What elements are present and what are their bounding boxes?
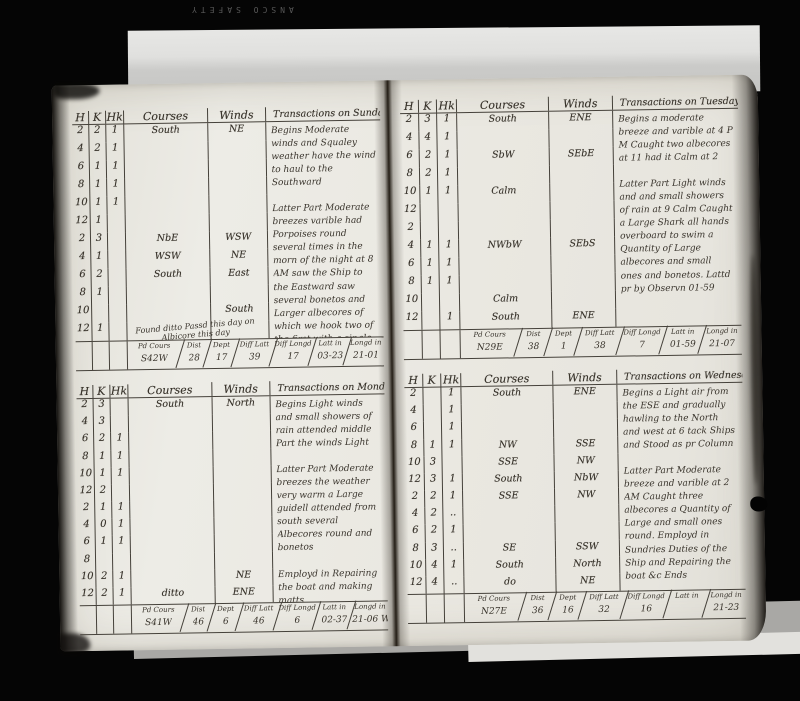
course-cell [132,569,215,587]
col-header-halfknots: Hk [106,110,125,123]
knots-cell: 2 [425,525,444,542]
logbook-spread: H K Hk Courses Winds Transactions on Sun… [52,74,767,651]
knots-cell: 4 [426,559,445,576]
col-header-winds: Winds [212,381,271,396]
course-cell [126,213,209,232]
hour-cell: 8 [75,287,92,305]
halfknots-cell [109,304,128,322]
halfknots-cell: 1 [107,178,126,196]
hour-cell: 6 [402,258,421,276]
col-header-courses: Courses [129,382,212,397]
halfknots-cell: .. [444,542,465,559]
wind-cell [551,255,615,274]
course-cell: ditto [132,586,215,604]
remark-paragraph: Latter Part Moderate breezes the weather… [276,463,382,556]
halfknots-cell: 1 [107,196,126,214]
knots-cell: 2 [89,125,106,143]
right-page: H K Hk Courses Winds Transactions on Tue… [400,83,747,636]
halfknots-cell: 1 [106,142,125,160]
course-cell: Calm [460,292,552,311]
col-header-hours: H [400,100,419,113]
wind-cell [552,291,616,310]
halfknots-cell: 1 [113,570,132,587]
summary-difflongd: Diff Longd6 [278,602,317,631]
wind-cell: NE [215,568,274,586]
knots-cell: 1 [96,536,113,553]
edge-notch [750,496,767,511]
col-header-knots: K [93,385,110,398]
hour-cell: 6 [401,150,420,168]
wind-cell [554,419,618,437]
col-header-courses: Courses [462,371,553,387]
course-cell [127,303,210,322]
hour-cell: 10 [403,294,422,312]
course-cell [458,130,550,149]
knots-cell: 3 [93,399,110,416]
course-cell: South [125,123,208,142]
remark-paragraph: Latter Part Moderate breezes varible had… [272,202,379,338]
knots-cell: 2 [91,269,108,287]
halfknots-cell: 1 [442,387,463,404]
knots-cell [96,553,113,570]
wind-cell: ENE [552,309,616,328]
hour-cell: 8 [401,168,420,186]
hour-cell: 8 [407,542,426,559]
wind-cell: ENE [215,585,274,603]
col-header-hours: H [404,374,423,387]
wind-cell: NE [208,122,267,141]
course-cell: SE [464,540,556,559]
course-cell [464,523,556,542]
halfknots-cell: 1 [113,587,132,604]
knots-cell: 2 [425,491,444,508]
wind-cell [208,158,267,177]
halfknots-cell [443,456,464,473]
wind-cell: NE [556,574,620,592]
course-cell [459,202,551,221]
hour-cell: 2 [404,388,423,405]
knots-cell: 1 [91,251,108,269]
course-cell: SbW [458,148,550,167]
knots-cell [421,294,440,312]
halfknots-cell: 1 [439,239,460,257]
knots-cell: 1 [424,439,443,456]
day-summary: Pd CoursS41W Dist46 Dept6 Diff Latt46 Di… [80,600,388,635]
halfknots-cell: 1 [113,536,132,553]
log-table-sunday: H K Hk Courses Winds Transactions on Sun… [72,94,384,371]
halfknots-cell: 1 [440,275,461,293]
wind-cell [214,551,273,569]
wind-cell: ENE [553,385,617,403]
halfknots-cell: 1 [111,433,130,450]
knots-cell: 3 [425,542,444,559]
summary-spacer [445,594,466,622]
course-cell: Calm [459,184,551,203]
knots-cell: 2 [425,508,444,525]
wind-cell [553,402,617,420]
hour-cell: 2 [400,114,419,132]
log-table-monday: H K Hk Courses Winds Transactions on Mon… [76,372,388,635]
wind-cell [550,183,614,202]
hour-cell: 12 [402,204,421,222]
halfknots-cell: 1 [437,113,458,131]
wind-cell: SEbE [549,147,613,166]
knots-cell: 2 [96,570,113,587]
halfknots-cell [112,484,131,501]
col-header-halfknots: Hk [437,99,457,113]
summary-spacer [80,606,97,634]
hour-cell: 4 [77,416,94,433]
table-title: Transactions on Monday th 18 February 17… [270,381,384,395]
halfknots-cell: .. [445,576,466,593]
remarks-text: Begins Light winds and small showers of … [275,397,383,602]
wind-cell: SSW [555,539,619,557]
hour-cell: 8 [403,276,422,294]
course-cell [462,420,554,439]
remark-paragraph: Begins Light winds and small showers of … [275,397,381,451]
knots-cell: 3 [91,233,108,251]
left-page: H K Hk Courses Winds Transactions on Sun… [72,94,389,647]
course-cell [131,534,214,552]
log-table-tuesday: H K Hk Courses Winds Transactions on Tue… [400,83,742,360]
summary-longdin: Longd in21-01 [348,337,384,366]
halfknots-cell [108,232,127,250]
halfknots-cell: 1 [438,149,459,167]
knots-cell: 1 [90,161,107,179]
knots-cell [420,204,439,222]
hour-cell: 10 [75,305,92,323]
hour-cell: 2 [74,233,91,251]
col-header-knots: K [89,111,106,124]
knots-cell: 2 [94,433,111,450]
wind-cell: North [556,556,620,574]
wind-cell: SEbS [551,237,615,256]
halfknots-cell: 1 [440,311,461,329]
knots-cell: 1 [421,258,440,276]
knots-cell [423,405,442,422]
course-cell [460,274,552,293]
summary-difflatt: Diff Latt38 [579,328,622,357]
summary-lattin: Latt in01-59 [663,326,703,355]
col-header-knots: K [423,373,442,386]
halfknots-cell: 1 [440,257,461,275]
wind-cell [551,273,615,292]
summary-difflatt: Diff Latt32 [583,592,626,621]
col-header-knots: K [418,99,437,112]
wind-cell [210,284,269,303]
wind-cell [214,516,273,534]
course-cell [126,195,209,214]
summary-spacer [408,595,427,623]
knots-cell [423,387,442,404]
summary-difflongd: Diff Longd16 [625,591,668,620]
course-cell: do [465,575,557,594]
hour-cell: 4 [402,240,421,258]
course-cell [125,159,208,178]
wind-cell [213,431,272,449]
col-header-courses: Courses [124,108,207,123]
wind-cell [209,212,268,231]
knots-cell [92,305,109,323]
table-title: Transactions on Sunday th 17 February [266,107,380,121]
knots-cell: 2 [95,485,112,502]
hour-cell: 8 [405,439,424,456]
remark-paragraph: Latter Part Light winds and and small sh… [619,177,736,296]
summary-spacer [426,594,445,622]
course-cell: South [458,112,550,131]
halfknots-cell: 1 [112,519,131,536]
course-cell: SSE [463,489,555,508]
halfknots-cell: 1 [438,185,459,203]
day-summary: Pd CoursN27E Dist36 Dept16 Diff Latt32 D… [408,589,746,624]
wind-cell [209,194,268,213]
halfknots-cell [111,416,130,433]
hour-cell: 6 [77,433,94,450]
wind-cell [555,505,619,523]
wind-cell: North [212,396,271,414]
wind-cell: NbW [554,471,618,489]
log-table-wednesday: H K Hk Courses Winds Transactions on Wed… [404,361,746,624]
summary-spacer [114,605,133,633]
knots-cell: 2 [89,143,106,161]
wind-cell [208,140,267,159]
table-title: Transactions on Wednesday th 20 Febr 179… [617,369,742,383]
hour-cell: 2 [78,502,95,519]
course-cell [125,177,208,196]
course-cell [131,552,214,570]
summary-longdin: Longd in21-07 [702,326,742,355]
remarks-text: Begins a moderate breeze and varible at … [618,112,736,327]
halfknots-cell [113,553,132,570]
remark-paragraph: Latter Part Moderate breeze and varible … [624,464,741,583]
course-cell: NWbW [459,238,551,257]
hour-cell: 10 [79,571,96,588]
knots-cell: 3 [419,114,438,132]
course-cell [459,220,551,239]
halfknots-cell [109,286,128,304]
knots-cell: 3 [424,473,443,490]
halfknots-cell: 1 [106,124,125,142]
summary-course: Pd CoursN27E [465,593,523,622]
wind-cell [214,534,273,552]
wind-cell [549,129,613,148]
hour-cell: 12 [407,577,426,594]
wind-cell: NE [210,248,269,267]
table-body: 2 3 1 South ENE 4 4 1 [400,109,741,330]
knots-cell: 4 [419,132,438,150]
course-cell [130,466,213,484]
wind-cell: SSE [554,436,618,454]
remarks-text: Begins Moderate winds and Squaley weathe… [271,123,379,338]
halfknots-cell: 1 [112,501,131,518]
halfknots-cell: 1 [443,473,464,490]
hour-cell: 2 [402,222,421,240]
knots-cell: 1 [90,197,107,215]
hour-cell: 10 [405,456,424,473]
course-cell: South [463,472,555,491]
summary-lattin: Latt in [667,590,707,619]
halfknots-cell [440,293,461,311]
col-header-winds: Winds [207,107,266,122]
remark-paragraph: Begins a moderate breeze and varible at … [618,112,734,166]
halfknots-cell: 1 [443,490,464,507]
wind-cell [212,413,271,431]
knots-cell: 1 [90,179,107,197]
knots-cell: 1 [91,215,108,233]
halfknots-cell: 1 [442,422,463,439]
knots-cell [424,422,443,439]
day-summary: Pd CoursN29E Dist38 Dept1 Diff Latt38 Di… [403,325,741,360]
col-header-halfknots: Hk [110,384,129,397]
hour-cell: 4 [400,132,419,150]
hour-cell: 6 [79,536,96,553]
hour-cell: 2 [77,399,94,416]
edge-blotch [54,83,100,100]
hour-cell: 10 [407,559,426,576]
knots-cell: 1 [421,240,440,258]
knots-cell: 4 [426,576,445,593]
halfknots-cell: 1 [444,559,465,576]
table-body: 2 3 South North 4 3 [77,394,388,605]
remark-paragraph: Employd in Repairing the boat and making… [278,567,383,602]
col-header-courses: Courses [457,97,548,113]
wind-cell [214,499,273,517]
knots-cell: 0 [95,519,112,536]
course-cell [125,141,208,160]
hour-cell: 6 [74,269,91,287]
course-cell: South [129,397,212,415]
hour-cell: 12 [79,588,96,605]
hour-cell: 12 [74,215,91,233]
course-cell: WSW [127,249,210,268]
table-body: 2 2 1 South NE 4 2 1 [72,120,383,341]
remark-paragraph: Begins a Light air from the ESE and grad… [622,386,738,453]
wind-cell: ENE [549,111,613,130]
halfknots-cell: 1 [111,450,130,467]
knots-cell: 3 [424,456,443,473]
hour-cell: 4 [74,251,91,269]
summary-difflongd: Diff Longd7 [621,327,664,356]
halfknots-cell: 1 [444,525,465,542]
hour-cell: 12 [403,312,422,330]
course-cell: South [465,557,557,576]
course-cell [130,500,213,518]
wind-cell [555,522,619,540]
halfknots-cell: 1 [107,160,126,178]
course-cell: NbE [126,231,209,250]
hour-cell: 10 [401,186,420,204]
course-cell: South [462,386,554,405]
hour-cell: 12 [75,323,92,341]
table-title: Transactions on Tuesday th 19 Febr 1793 [613,95,738,109]
summary-spacer [76,342,93,370]
halfknots-cell: 1 [111,467,130,484]
course-cell [131,517,214,535]
col-header-hours: H [76,385,93,398]
wind-cell: NW [555,488,619,506]
photo-stage: ANSCO SAFETY H K Hk Courses Winds Transa… [0,0,800,701]
hour-cell: 4 [73,143,90,161]
course-cell [130,449,213,467]
halfknots-cell [108,214,127,232]
course-cell [130,483,213,501]
hour-cell: 12 [78,485,95,502]
summary-course: Pd CoursS42W [128,341,181,370]
table-body: 2 1 South ENE 4 1 [404,383,745,594]
summary-spacer [93,342,110,370]
wind-cell [213,448,272,466]
knots-cell: 1 [92,287,109,305]
hour-cell: 12 [406,474,425,491]
summary-spacer [422,330,441,358]
col-header-hours: H [72,111,89,124]
course-cell [129,414,212,432]
knots-cell: 3 [94,416,111,433]
remark-paragraph: Begins Moderate winds and Squaley weathe… [271,123,377,190]
summary-course: Pd CoursN29E [461,329,519,358]
knots-cell [420,222,439,240]
remarks-text: Begins a Light air from the ESE and grad… [622,386,740,591]
knots-cell: 1 [421,276,440,294]
hour-cell: 6 [73,161,90,179]
halfknots-cell [108,250,127,268]
hour-cell: 4 [78,519,95,536]
summary-spacer [403,331,422,359]
knots-cell: 1 [95,467,112,484]
halfknots-cell [439,221,460,239]
course-cell: NW [463,437,555,456]
course-cell [127,285,210,304]
knots-cell: 2 [96,588,113,605]
hour-cell: 6 [407,525,426,542]
col-header-winds: Winds [553,370,617,385]
course-cell: South [461,310,553,329]
halfknots-cell: 1 [438,167,459,185]
wind-cell [213,482,272,500]
hour-cell: 10 [73,197,90,215]
halfknots-cell [439,203,460,221]
col-header-winds: Winds [549,96,613,111]
summary-spacer [97,606,114,634]
knots-cell: 2 [419,150,438,168]
hour-cell: 6 [405,422,424,439]
wind-cell [550,165,614,184]
hour-cell: 4 [405,405,424,422]
hour-cell: 2 [406,491,425,508]
knots-cell: 2 [420,168,439,186]
hour-cell: 8 [77,450,94,467]
wind-cell [550,201,614,220]
knots-cell: 1 [95,502,112,519]
course-cell [464,506,556,525]
knots-cell [422,312,441,330]
knots-cell: 1 [94,450,111,467]
halfknots-cell [110,398,129,415]
course-cell: SSE [463,454,555,473]
course-cell: South [127,267,210,286]
summary-difflongd: Diff Longd17 [274,339,313,368]
film-edge-text: ANSCO SAFETY [188,5,294,14]
wind-cell [550,219,614,238]
hour-cell: 8 [73,179,90,197]
summary-course: Pd CoursS41W [132,605,185,634]
halfknots-cell: 1 [442,404,463,421]
summary-spacer [441,330,462,358]
col-header-halfknots: Hk [441,373,461,387]
hour-cell: 4 [406,508,425,525]
knots-cell: 1 [92,323,109,341]
summary-longdin: Longd in21-23 [706,590,746,619]
